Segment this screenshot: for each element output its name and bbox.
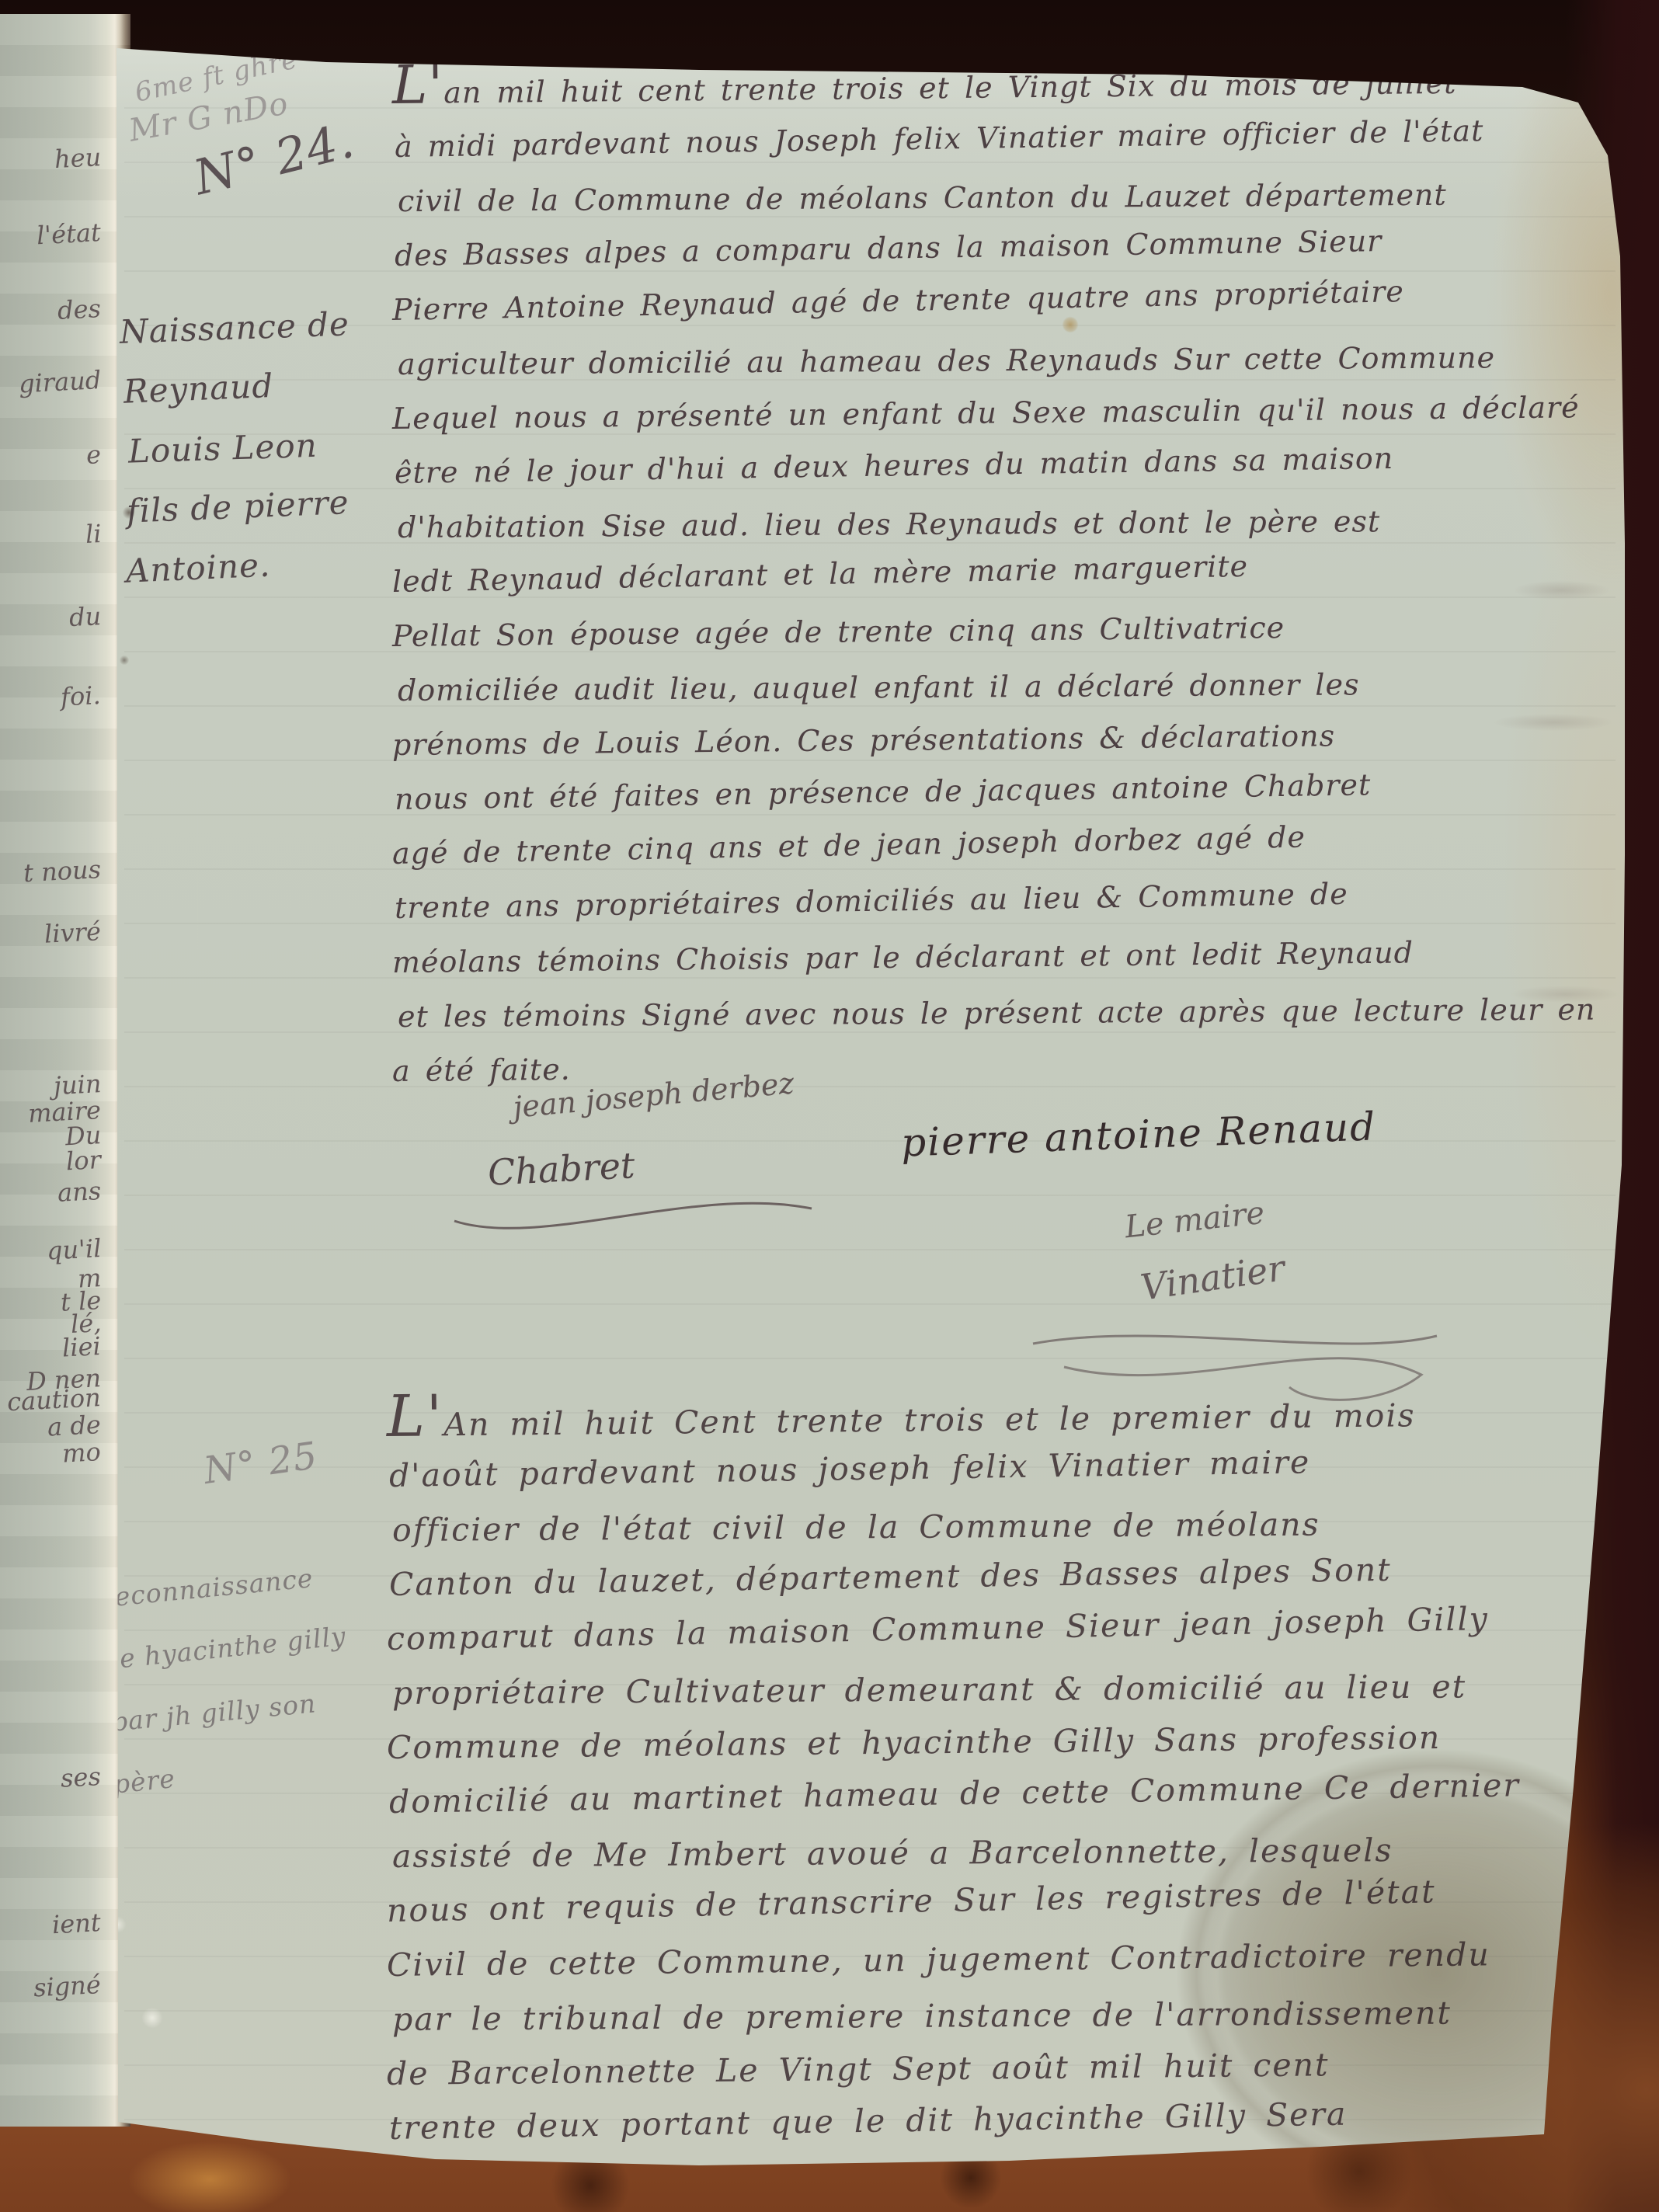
manuscript-line: Louis Leon bbox=[127, 414, 359, 482]
act2-body-text: L'An mil huit Cent trente trois et le pr… bbox=[387, 1394, 1606, 2155]
previous-page-text-fragment: mo bbox=[61, 1437, 102, 1469]
manuscript-line: Reynaud bbox=[122, 353, 354, 422]
act1-body-text: L'an mil huit cent trente trois et le Vi… bbox=[392, 65, 1612, 1098]
previous-page-text-fragment: t nous bbox=[23, 854, 102, 888]
previous-page-text-fragment: l'état bbox=[36, 217, 102, 250]
previous-page-text-fragment: li bbox=[85, 519, 102, 549]
previous-page-text-fragment: liei bbox=[61, 1331, 102, 1363]
previous-page-text-fragment: lor bbox=[65, 1145, 102, 1176]
previous-page-text-fragment: livré bbox=[43, 916, 102, 949]
manuscript-line: Pellat Son épouse agée de trente cinq an… bbox=[392, 597, 1612, 663]
previous-page-text-fragment: du bbox=[68, 601, 102, 632]
previous-page-text-fragment: qu'il bbox=[46, 1233, 102, 1266]
previous-page-text-fragment: foi. bbox=[61, 680, 102, 712]
manuscript-line: fils de pierre bbox=[125, 472, 357, 541]
registry-book-photo: heul'étatdesgiraudelidufoi.t nouslivréju… bbox=[0, 0, 1659, 2212]
act1-margin-title: Naissance deReynaudLouis Leonfils de pie… bbox=[119, 296, 356, 601]
previous-page-text-fragment: signé bbox=[33, 1970, 102, 2002]
previous-page-text-fragment: ans bbox=[57, 1176, 102, 1208]
previous-page-text-fragment: des bbox=[57, 294, 102, 325]
signature-flourish-chabret bbox=[447, 1181, 819, 1250]
registry-page: 6me ft ghré Mr G nDo N° 24. Naissance de… bbox=[0, 0, 1659, 2212]
manuscript-line: méolans témoins Choisis par le déclarant… bbox=[392, 923, 1612, 989]
previous-page-text-fragment: ses bbox=[60, 1762, 102, 1793]
act2-margin-title: Reconnaissancede hyacinthe gillypar jh g… bbox=[92, 1547, 358, 1816]
manuscript-line: Civil de cette Commune, un jugement Cont… bbox=[387, 1926, 1607, 1992]
manuscript-line: Naissance de bbox=[119, 294, 350, 362]
previous-page-edge: heul'étatdesgiraudelidufoi.t nouslivréju… bbox=[0, 14, 130, 2127]
previous-page-text-fragment: heu bbox=[54, 142, 102, 174]
manuscript-line: Antoine. bbox=[124, 531, 356, 601]
previous-page-text-fragment: e bbox=[85, 440, 102, 470]
previous-page-text-fragment: giraud bbox=[18, 365, 102, 399]
previous-page-text-fragment: ient bbox=[51, 1908, 102, 1939]
